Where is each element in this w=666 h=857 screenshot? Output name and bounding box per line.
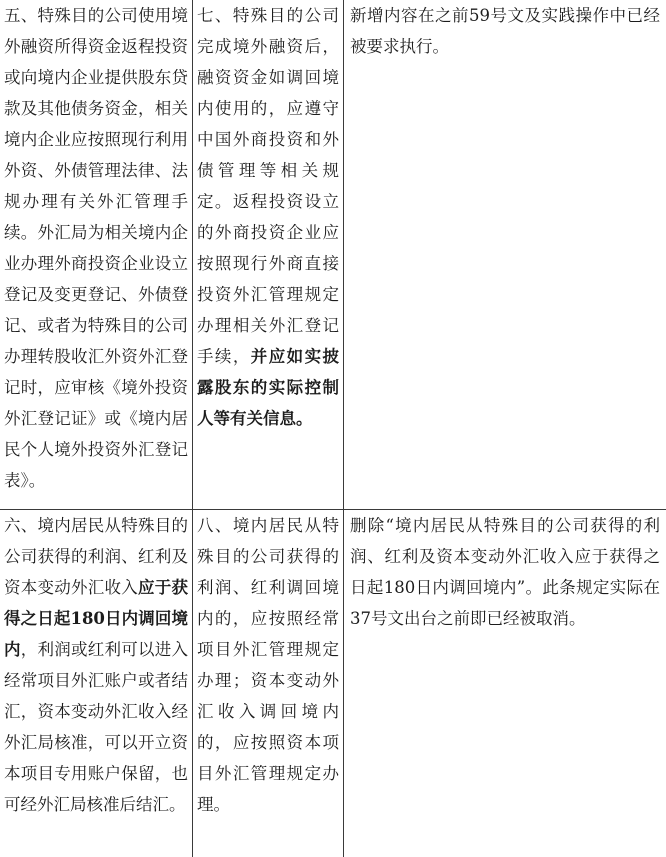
cell-r1c3-comment: 新增内容在之前59号文及实践操作中已经被要求执行。 [344,0,666,510]
cell-text: 新增内容在之前59号文及实践操作中已经被要求执行。 [350,6,660,56]
cell-text: 删除“境内居民从特殊目的公司获得的利润、红利及资本变动外汇收入应于获得之日起18… [350,516,660,628]
cell-text: 五、特殊目的公司使用境外融资所得资金返程投资或向境内企业提供股东贷款及其他债务资… [4,6,188,490]
cell-text: ，利润或红利可以进入经常项目外汇账户或者结汇，资本变动外汇收入经外汇局核准，可以… [4,640,188,814]
comparison-table: 五、特殊目的公司使用境外融资所得资金返程投资或向境内企业提供股东贷款及其他债务资… [0,0,666,857]
cell-r2c1-article-6: 六、境内居民从特殊目的公司获得的利润、红利及资本变动外汇收入应于获得之日起180… [0,510,193,857]
cell-r2c2-article-8: 八、境内居民从特殊目的公司获得的利润、红利调回境内的，应按照经常项目外汇管理规定… [193,510,344,857]
cell-r2c3-comment: 删除“境内居民从特殊目的公司获得的利润、红利及资本变动外汇收入应于获得之日起18… [344,510,666,857]
cell-text: 七、特殊目的公司完成境外融资后，融资资金如调回境内使用的，应遵守中国外商投资和外… [197,6,339,366]
cell-r1c1-article-5: 五、特殊目的公司使用境外融资所得资金返程投资或向境内企业提供股东贷款及其他债务资… [0,0,193,510]
document-page: 五、特殊目的公司使用境外融资所得资金返程投资或向境内企业提供股东贷款及其他债务资… [0,0,666,857]
cell-text: 八、境内居民从特殊目的公司获得的利润、红利调回境内的，应按照经常项目外汇管理规定… [197,516,339,814]
cell-r1c2-article-7: 七、特殊目的公司完成境外融资后，融资资金如调回境内使用的，应遵守中国外商投资和外… [193,0,344,510]
